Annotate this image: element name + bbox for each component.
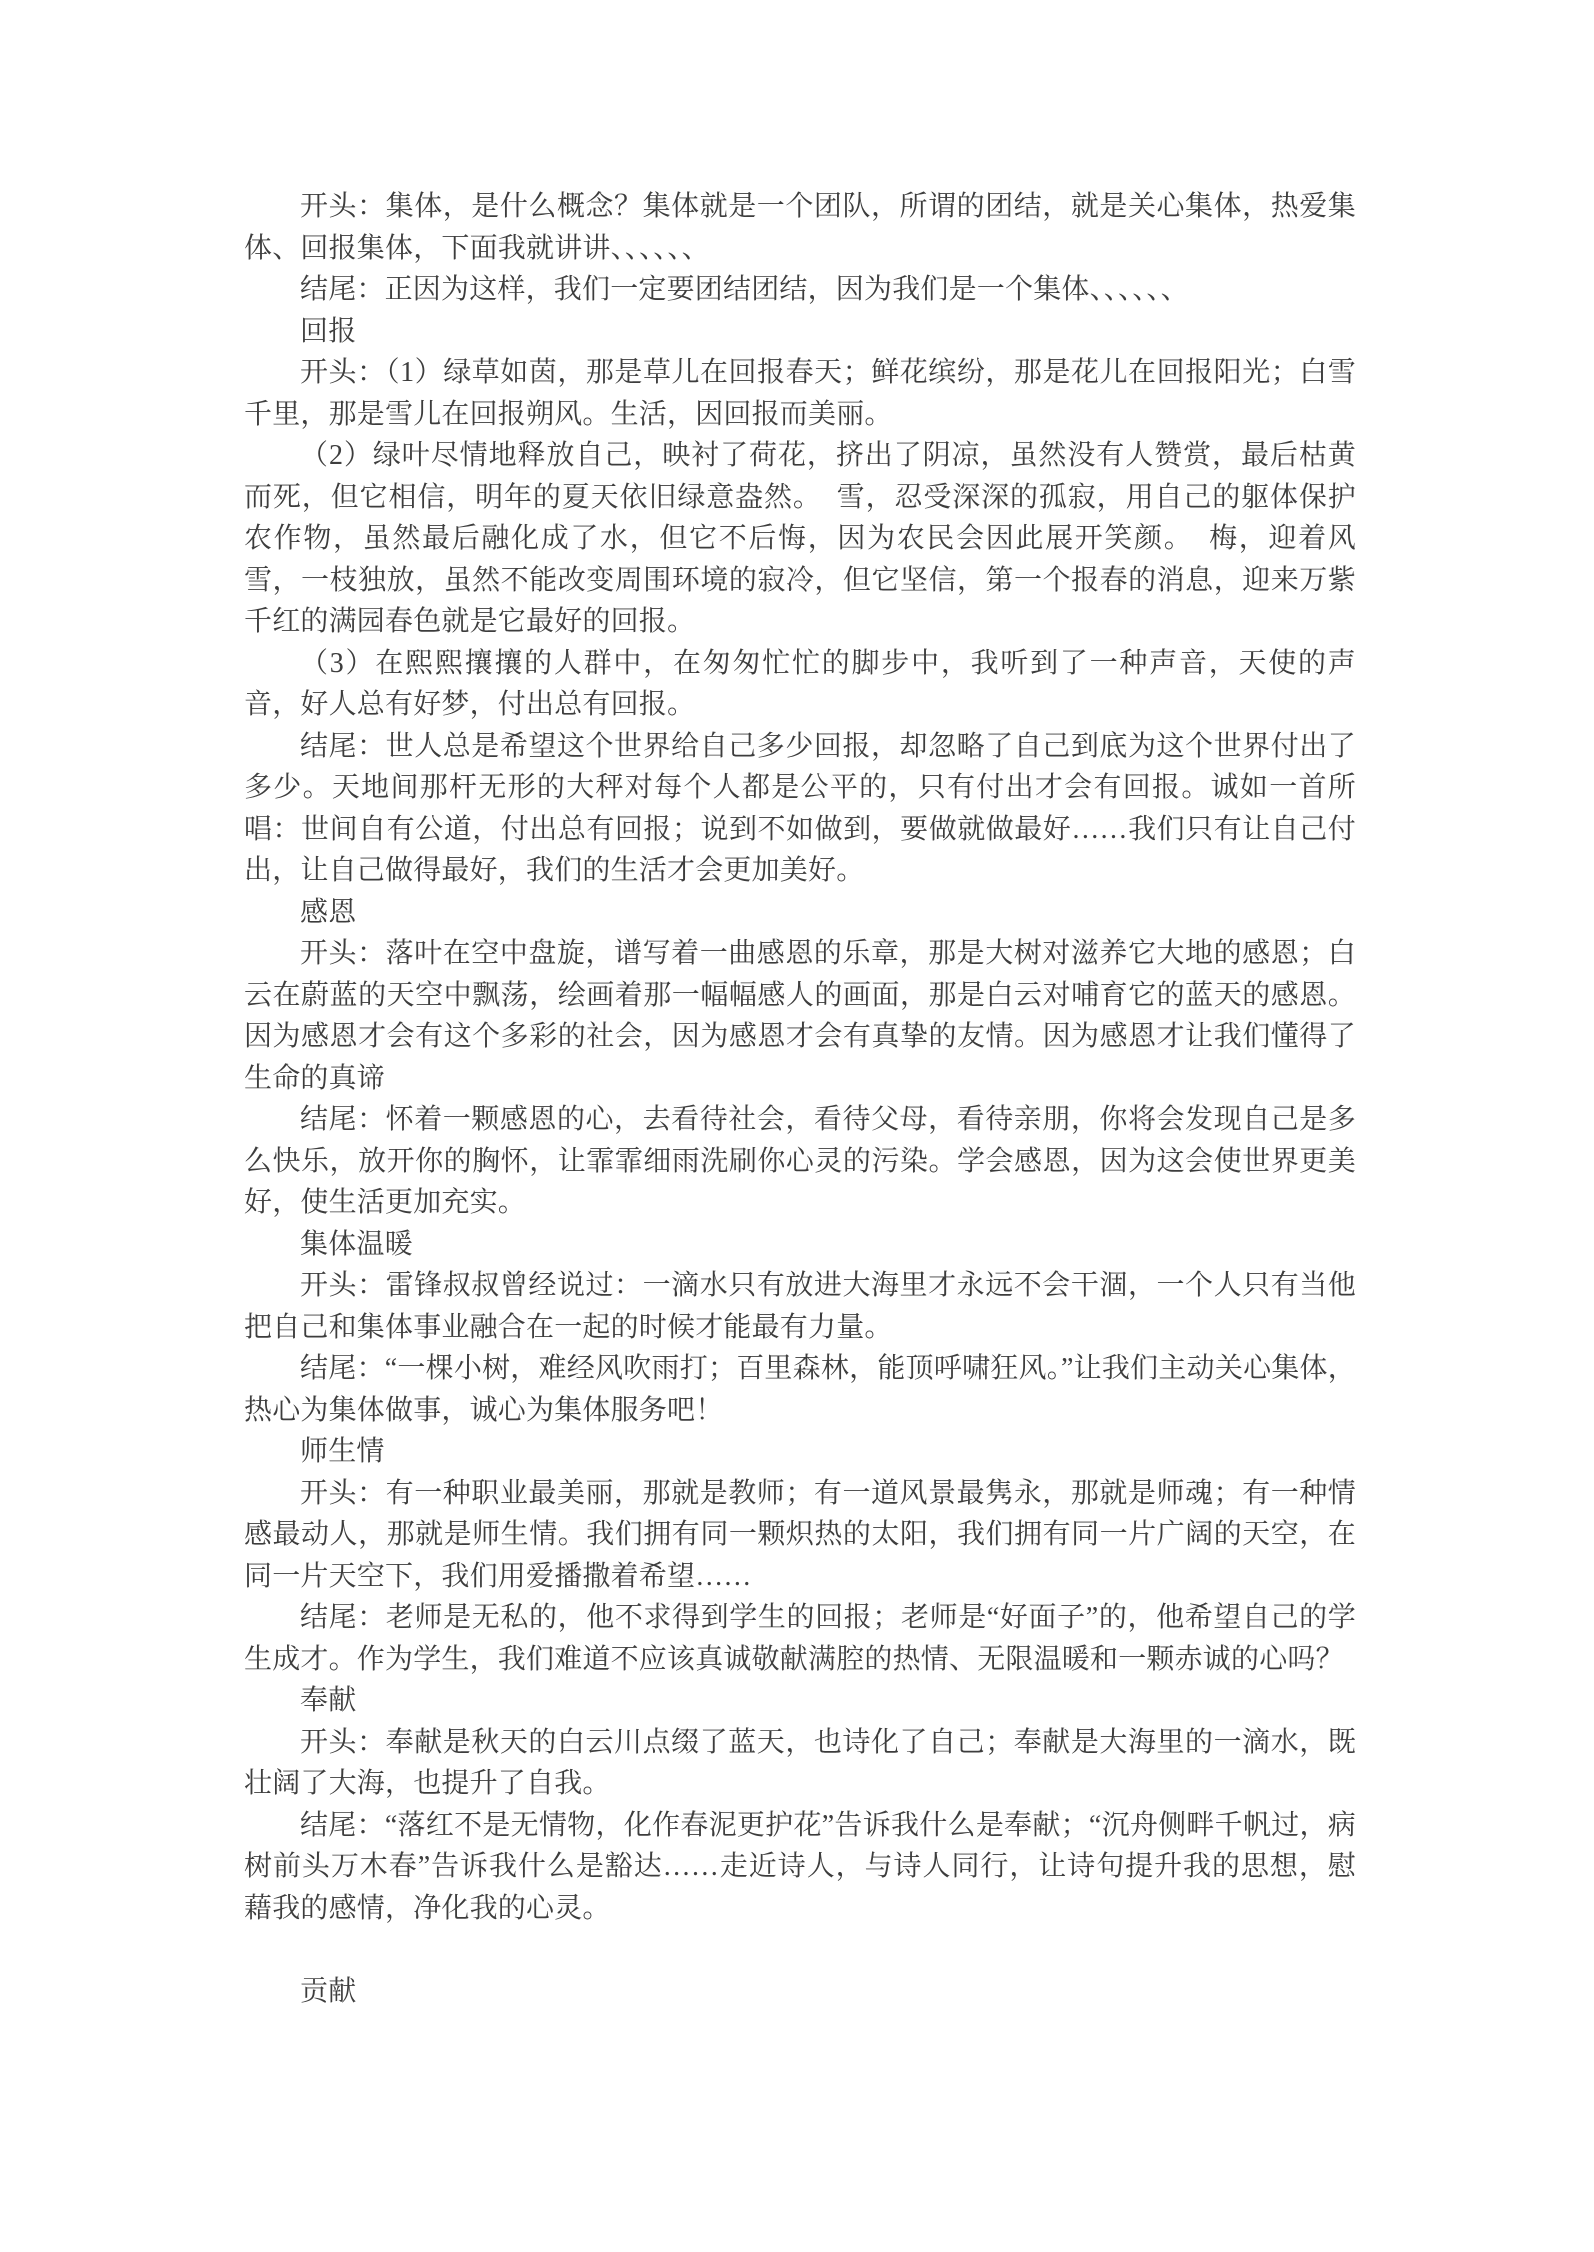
document-paragraph: 开头：雷锋叔叔曾经说过：一滴水只有放进大海里才永远不会干涸，一个人只有当他把自己… bbox=[244, 1265, 1356, 1348]
section-heading: 集体温暖 bbox=[244, 1224, 1356, 1266]
section-heading: 师生情 bbox=[244, 1431, 1356, 1473]
document-paragraph: 结尾：老师是无私的，他不求得到学生的回报；老师是“好面子”的，他希望自己的学生成… bbox=[244, 1597, 1356, 1680]
document-body: 开头：集体，是什么概念？集体就是一个团队，所谓的团结，就是关心集体，热爱集体、回… bbox=[244, 186, 1356, 2012]
document-paragraph: 开头：有一种职业最美丽，那就是教师；有一道风景最隽永，那就是师魂；有一种情感最动… bbox=[244, 1473, 1356, 1598]
document-paragraph: 结尾：怀着一颗感恩的心，去看待社会，看待父母，看待亲朋，你将会发现自己是多么快乐… bbox=[244, 1099, 1356, 1224]
document-paragraph: （2）绿叶尽情地释放自己，映衬了荷花，挤出了阴凉，虽然没有人赞赏，最后枯黄而死，… bbox=[244, 435, 1356, 643]
document-paragraph: （3）在熙熙攘攘的人群中，在匆匆忙忙的脚步中，我听到了一种声音，天使的声音，好人… bbox=[244, 643, 1356, 726]
blank-line bbox=[244, 1929, 1356, 1971]
document-paragraph: 开头：奉献是秋天的白云川点缀了蓝天，也诗化了自己；奉献是大海里的一滴水，既壮阔了… bbox=[244, 1722, 1356, 1805]
section-heading: 回报 bbox=[244, 311, 1356, 353]
document-paragraph: 结尾：世人总是希望这个世界给自己多少回报，却忽略了自己到底为这个世界付出了多少。… bbox=[244, 726, 1356, 892]
section-heading: 奉献 bbox=[244, 1680, 1356, 1722]
section-heading: 感恩 bbox=[244, 892, 1356, 934]
document-paragraph: 开头：落叶在空中盘旋，谱写着一曲感恩的乐章，那是大树对滋养它大地的感恩；白云在蔚… bbox=[244, 933, 1356, 1099]
document-page: 开头：集体，是什么概念？集体就是一个团队，所谓的团结，就是关心集体，热爱集体、回… bbox=[0, 0, 1594, 2252]
document-paragraph: 结尾：“一棵小树，难经风吹雨打；百里森林，能顶呼啸狂风。”让我们主动关心集体，热… bbox=[244, 1348, 1356, 1431]
document-paragraph: 结尾：正因为这样，我们一定要团结团结，因为我们是一个集体、、、、、、 bbox=[244, 269, 1356, 311]
document-paragraph: 结尾：“落红不是无情物，化作春泥更护花”告诉我什么是奉献；“沉舟侧畔千帆过，病树… bbox=[244, 1805, 1356, 1930]
document-paragraph: 开头：（1）绿草如茵，那是草儿在回报春天；鲜花缤纷，那是花儿在回报阳光；白雪千里… bbox=[244, 352, 1356, 435]
document-paragraph: 开头：集体，是什么概念？集体就是一个团队，所谓的团结，就是关心集体，热爱集体、回… bbox=[244, 186, 1356, 269]
section-heading: 贡献 bbox=[244, 1971, 1356, 2013]
